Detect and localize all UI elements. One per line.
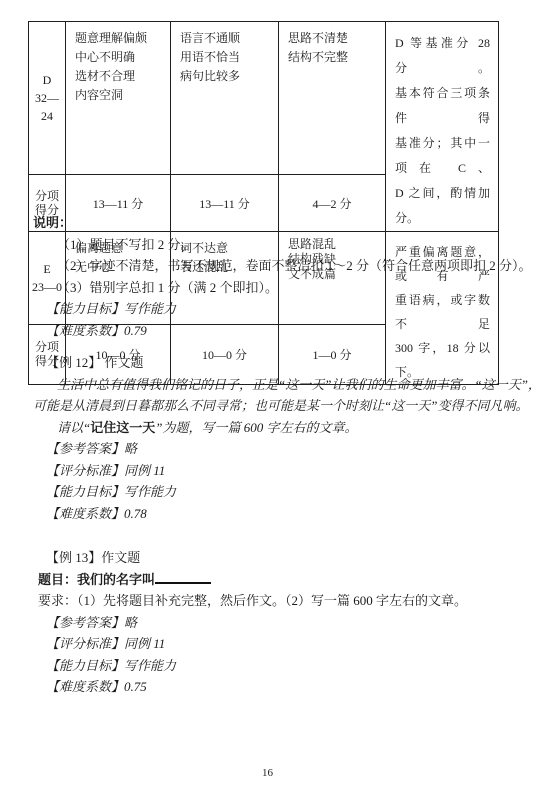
ability-target-line: 【能力目标】写作能力 [33, 481, 502, 503]
note-item-3: （3）错别字总扣 1 分（满 2 个即扣）。 [33, 277, 502, 299]
example-13-heading: 【例 13】作文题 [33, 547, 502, 569]
reference-answer-line: 【参考答案】略 [33, 438, 502, 460]
ability-target-line: 【能力目标】写作能力 [33, 298, 502, 320]
example-12-prompt-line: 请以“记住这一天”为题，写一篇 600 字左右的文章。 [33, 417, 502, 439]
reference-answer-line: 【参考答案】略 [33, 612, 502, 634]
ability-target-line: 【能力目标】写作能力 [33, 655, 502, 677]
criterion-text: 用语不恰当 [180, 48, 272, 67]
criterion-text: 题意理解偏颇 [75, 29, 164, 48]
difficulty-line: 【难度系数】0.79 [33, 320, 502, 342]
fill-in-blank-line [155, 580, 211, 584]
example-12-body-line-1: 生活中总有值得我们铭记的日子，正是“这一天”让我们的生命更加丰富。“这一天”， [33, 374, 502, 396]
note-item-1: （1）题目不写扣 2 分。 [33, 234, 502, 256]
criterion-text: 内容空洞 [75, 86, 164, 105]
criterion-text: 选材不合理 [75, 67, 164, 86]
criterion-text: 结构不完整 [288, 48, 379, 67]
grade-d-structure-cell: 思路不清楚 结构不完整 [279, 22, 386, 175]
prompt-essay-title: 记住这一天 [90, 420, 155, 435]
note-line: 基本符合三项条件得 [395, 81, 490, 131]
grade-d-range: 32—24 [31, 89, 63, 125]
grade-d-letter: D [31, 71, 63, 89]
notes-heading: 说明： [33, 212, 502, 234]
prompt-after: ”为题，写一篇 600 字左右的文章。 [155, 420, 357, 435]
difficulty-line: 【难度系数】0.75 [33, 676, 502, 698]
essay-title-label: 题目：我们的名字叫 [38, 572, 155, 587]
criterion-text: 中心不明确 [75, 48, 164, 67]
grade-d-language-cell: 语言不通顺 用语不恰当 病句比较多 [171, 22, 279, 175]
difficulty-line: 【难度系数】0.78 [33, 503, 502, 525]
grade-d-note-cell: D 等基准分 28 分。 基本符合三项条件得 基准分；其中一项在 C、 D 之间… [386, 22, 499, 232]
table-row-grade-d: D 32—24 题意理解偏颇 中心不明确 选材不合理 内容空洞 语言不通顺 用语… [29, 22, 499, 175]
document-body: 说明： （1）题目不写扣 2 分。 （2）字迹不清楚，书写不规范，卷面不整洁扣 … [33, 212, 502, 698]
example-12-heading: 【例 12】 作文题 [33, 352, 502, 374]
grade-d-cell: D 32—24 [29, 22, 66, 175]
note-line: D 等基准分 28 分。 [395, 31, 490, 81]
scoring-standard-line: 【评分标准】同例 11 [33, 460, 502, 482]
criterion-text: 思路不清楚 [288, 29, 379, 48]
criterion-text: 病句比较多 [180, 67, 272, 86]
prompt-before: 请以“ [57, 420, 90, 435]
example-12-body-line-2: 可能是从清晨到日暮都那么不同寻常；也可能是某一个时刻让“这一天”变得不同凡响。 [33, 395, 502, 417]
grade-d-content-cell: 题意理解偏颇 中心不明确 选材不合理 内容空洞 [66, 22, 171, 175]
sub-label-line: 分项 [30, 189, 64, 203]
criterion-text: 语言不通顺 [180, 29, 272, 48]
scoring-standard-line: 【评分标准】同例 11 [33, 633, 502, 655]
note-item-2: （2）字迹不清楚，书写不规范，卷面不整洁扣 1～2 分（符合任意两项即扣 2 分… [33, 255, 502, 277]
example-13-title-line: 题目：我们的名字叫 [33, 569, 502, 591]
page-number: 16 [0, 767, 535, 779]
note-line: 基准分；其中一项在 C、 [395, 131, 490, 181]
document-page: D 32—24 题意理解偏颇 中心不明确 选材不合理 内容空洞 语言不通顺 用语… [0, 0, 535, 795]
example-13-requirement-line: 要求：（1）先将题目补充完整，然后作文。（2）写一篇 600 字左右的文章。 [33, 590, 502, 612]
